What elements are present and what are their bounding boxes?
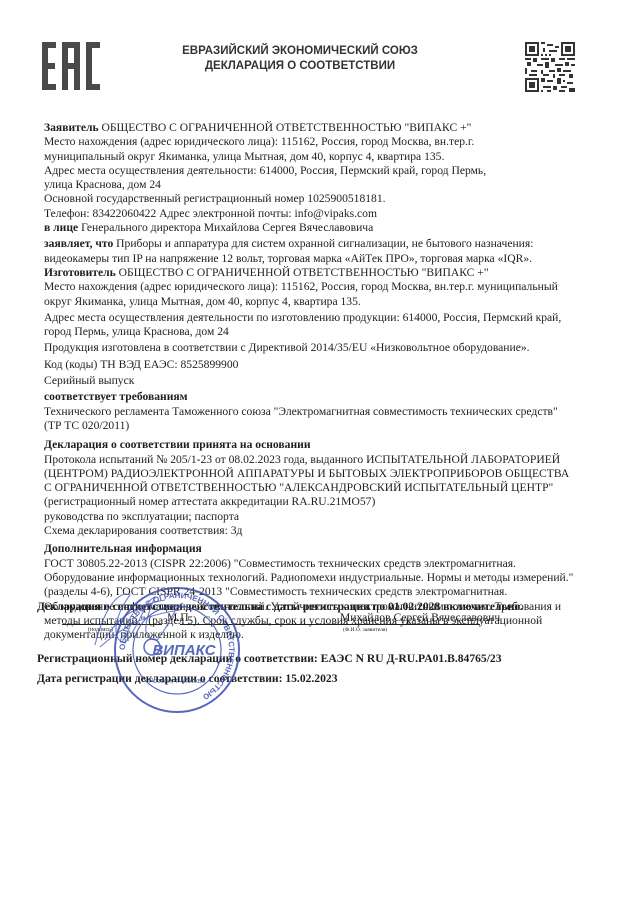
applicant-contacts: Телефон: 83422060422 Адрес электронной п… [44, 207, 604, 221]
additional-text-3: (разделы 4-6), ГОСТ CISPR 24-2013 "Совме… [44, 585, 604, 599]
signature-caption: (подпись) [88, 627, 113, 633]
header-union-title: ЕВРАЗИЙСКИЙ ЭКОНОМИЧЕСКИЙ СОЮЗ [150, 44, 450, 59]
declaration-scheme: Схема декларирования соответствия: 3д [44, 524, 604, 538]
declares-text-2: видеокамеры тип IP на напряжение 12 воль… [44, 252, 604, 266]
signer-name: Михайлов Сергей Вячеславович [340, 611, 500, 624]
seal-place-label: М.П. [167, 611, 191, 624]
document-header: ЕВРАЗИЙСКИЙ ЭКОНОМИЧЕСКИЙ СОЮЗ ДЕКЛАРАЦИ… [150, 44, 450, 74]
declares-label: заявляет, что [44, 237, 113, 250]
conformity-text-2: (ТР ТС 020/2011) [44, 419, 604, 433]
declares-text-1: Приборы и аппаратура для систем охранной… [116, 237, 533, 250]
basis-text-4: (регистрационный номер аттестата аккреди… [44, 495, 604, 509]
applicant-section: Заявитель ОБЩЕСТВО С ОГРАНИЧЕННОЙ ОТВЕТС… [44, 121, 604, 235]
additional-text-2: Оборудование информационных технологий. … [44, 571, 604, 585]
manufacturer-directive: Продукция изготовлена в соответствии с Д… [44, 341, 604, 355]
applicant-legal-address-1: Место нахождения (адрес юридического лиц… [44, 135, 604, 149]
additional-info-label: Дополнительная информация [44, 542, 604, 556]
additional-text-6: документации, приложенной к изделию. [44, 628, 604, 642]
registration-number: Регистрационный номер декларации о соотв… [37, 652, 502, 665]
manufacturer-production-address-2: город Пермь, улица Краснова, дом 24 [44, 325, 604, 339]
conformity-text-1: Технического регламента Таможенного союз… [44, 405, 604, 419]
declaration-page: ЕВРАЗИЙСКИЙ ЭКОНОМИЧЕСКИЙ СОЮЗ ДЕКЛАРАЦИ… [0, 0, 643, 910]
manufacturer-name: ОБЩЕСТВО С ОГРАНИЧЕННОЙ ОТВЕТСТВЕННОСТЬЮ… [119, 266, 489, 279]
manufacturer-production-address-1: Адрес места осуществления деятельности п… [44, 311, 604, 325]
applicant-activity-address-1: Адрес места осуществления деятельности: … [44, 164, 604, 178]
applicant-label: Заявитель [44, 121, 99, 134]
name-line [180, 624, 480, 625]
manufacturer-legal-address-2: округ Якиманка, улица Мытная, дом 40, ко… [44, 295, 604, 309]
basis-text-1: Протокола испытаний № 205/1-23 от 08.02.… [44, 453, 604, 467]
tn-ved-code: Код (коды) ТН ВЭД ЕАЭС: 8525899900 [44, 358, 604, 372]
name-caption: (Ф.И.О. заявителя) [343, 627, 387, 633]
basis-section: Декларация о соответствии принята на осн… [44, 438, 604, 538]
declaration-body: Заявитель ОБЩЕСТВО С ОГРАНИЧЕННОЙ ОТВЕТС… [44, 121, 604, 642]
manufacturer-legal-address-1: Место нахождения (адрес юридического лиц… [44, 280, 604, 294]
registration-date: Дата регистрации декларации о соответств… [37, 672, 338, 685]
manufacturer-section: Изготовитель ОБЩЕСТВО С ОГРАНИЧЕННОЙ ОТВ… [44, 266, 604, 388]
additional-text-1: ГОСТ 30805.22-2013 (CISPR 22:2006) "Совм… [44, 557, 604, 571]
signature-line [62, 624, 162, 625]
represented-by: Генерального директора Михайлова Сергея … [81, 221, 373, 234]
basis-label: Декларация о соответствии принята на осн… [44, 438, 604, 452]
applicant-legal-address-2: муниципальный округ Якиманка, улица Мытн… [44, 150, 604, 164]
eac-logo [42, 42, 100, 90]
additional-text-5: методы испытаний." (раздел 5). Срок служ… [44, 614, 604, 628]
applicant-activity-address-2: улица Краснова, дом 24 [44, 178, 604, 192]
basis-text-2: (ЦЕНТРОМ) РАДИОЭЛЕКТРОННОЙ АППАРАТУРЫ И … [44, 467, 604, 481]
conformity-section: соответствует требованиям Технического р… [44, 390, 604, 433]
basis-text-3: С ОГРАНИЧЕННОЙ ОТВЕТСТВЕННОСТЬЮ "АЛЕКСАН… [44, 481, 604, 495]
release-type: Серийный выпуск [44, 374, 604, 388]
declares-section: заявляет, что Приборы и аппаратура для с… [44, 237, 604, 266]
conformity-label: соответствует требованиям [44, 390, 604, 404]
applicant-ogrn: Основной государственный регистрационный… [44, 192, 604, 206]
header-declaration-title: ДЕКЛАРАЦИЯ О СООТВЕТСТВИИ [150, 59, 450, 74]
additional-info-section: Дополнительная информация ГОСТ 30805.22-… [44, 542, 604, 642]
represented-label: в лице [44, 221, 78, 234]
basis-text-5: руководства по эксплуатации; паспорта [44, 510, 604, 524]
manufacturer-label: Изготовитель [44, 266, 116, 279]
applicant-name: ОБЩЕСТВО С ОГРАНИЧЕННОЙ ОТВЕТСТВЕННОСТЬЮ… [102, 121, 472, 134]
qr-code-icon [525, 42, 575, 92]
